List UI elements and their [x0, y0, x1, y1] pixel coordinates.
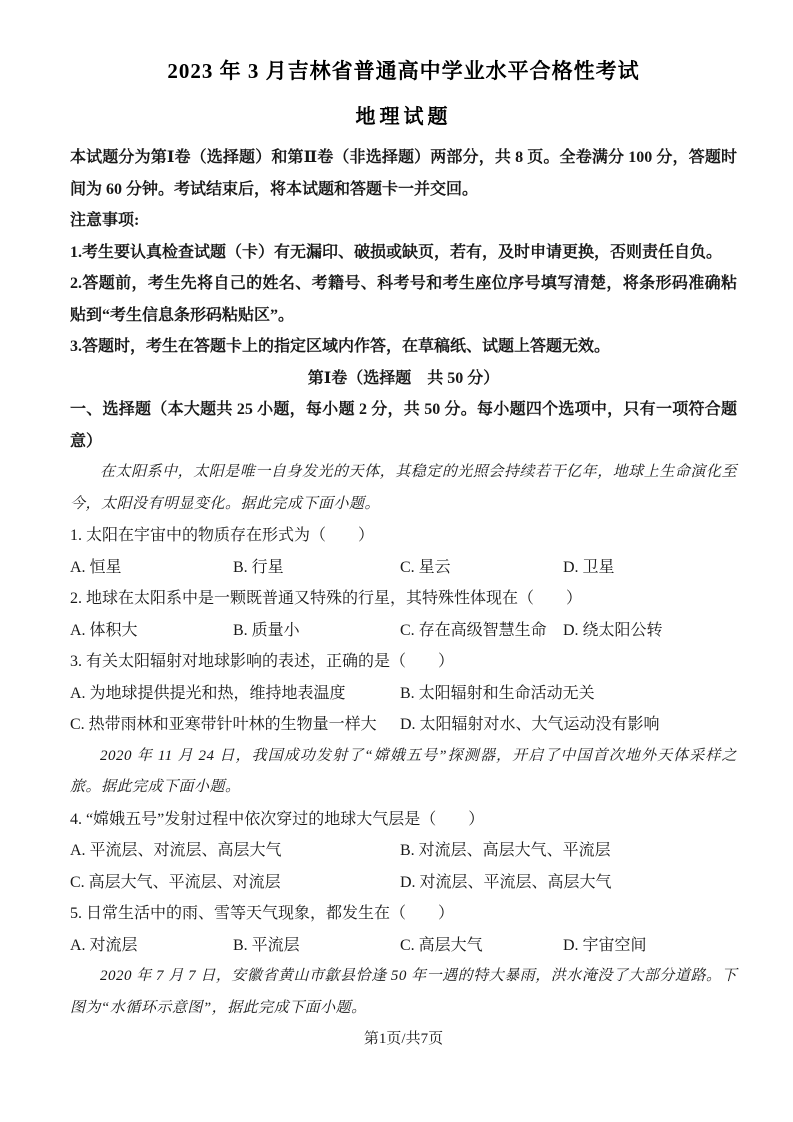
notice-item-1: 1.考生要认真检查试题（卡）有无漏印、破损或缺页，若有，及时申请更换，否则责任自… [70, 237, 737, 269]
notice-heading: 注意事项: [70, 205, 737, 237]
question-3-stem: 3. 有关太阳辐射对地球影响的表述，正确的是（ ） [70, 646, 737, 678]
question-4-options: A. 平流层、对流层、高层大气 B. 对流层、高层大气、平流层 C. 高层大气、… [70, 835, 737, 898]
notice-item-2: 2.答题前，考生先将自己的姓名、考籍号、科考号和考生座位序号填写清楚，将条形码准… [70, 268, 737, 331]
notice-item-3: 3.答题时，考生在答题卡上的指定区域内作答，在草稿纸、试题上答题无效。 [70, 331, 737, 363]
question-2-options: A. 体积大 B. 质量小 C. 存在高级智慧生命 D. 绕太阳公转 [70, 615, 737, 647]
option-b: B. 平流层 [233, 930, 400, 962]
option-b: B. 行星 [233, 552, 400, 584]
option-c: C. 热带雨林和亚寒带针叶林的生物量一样大 [70, 709, 400, 741]
page-footer: 第1页/共7页 [70, 1024, 737, 1056]
option-a: A. 体积大 [70, 615, 233, 647]
option-c: C. 星云 [400, 552, 563, 584]
question-2: 2. 地球在太阳系中是一颗既普通又特殊的行星，其特殊性体现在（ ） A. 体积大… [70, 583, 737, 646]
passage-flood: 2020 年 7 月 7 日，安徽省黄山市歙县恰逢 50 年一遇的特大暴雨，洪水… [70, 961, 737, 1024]
question-5: 5. 日常生活中的雨、雪等天气现象，都发生在（ ） A. 对流层 B. 平流层 … [70, 898, 737, 961]
option-a: A. 平流层、对流层、高层大气 [70, 835, 400, 867]
doc-title: 2023 年 3 月吉林省普通高中学业水平合格性考试 [70, 56, 737, 86]
option-c: C. 高层大气 [400, 930, 563, 962]
question-3: 3. 有关太阳辐射对地球影响的表述，正确的是（ ） A. 为地球提供提光和热，维… [70, 646, 737, 741]
option-b: B. 对流层、高层大气、平流层 [400, 835, 737, 867]
option-d: D. 宇宙空间 [563, 930, 737, 962]
exam-paper-page: 2023 年 3 月吉林省普通高中学业水平合格性考试 地理试题 本试题分为第Ⅰ卷… [0, 0, 793, 1122]
doc-subtitle: 地理试题 [70, 102, 737, 132]
option-b: B. 太阳辐射和生命活动无关 [400, 678, 737, 710]
question-1: 1. 太阳在宇宙中的物质存在形式为（ ） A. 恒星 B. 行星 C. 星云 D… [70, 520, 737, 583]
intro-paragraph: 本试题分为第Ⅰ卷（选择题）和第Ⅱ卷（非选择题）两部分，共 8 页。全卷满分 10… [70, 142, 737, 205]
section-desc: 一、选择题（本大题共 25 小题，每小题 2 分，共 50 分。每小题四个选项中… [70, 394, 737, 457]
question-4: 4. “嫦娥五号”发射过程中依次穿过的地球大气层是（ ） A. 平流层、对流层、… [70, 804, 737, 899]
option-a: A. 为地球提供提光和热，维持地表温度 [70, 678, 400, 710]
question-1-options: A. 恒星 B. 行星 C. 星云 D. 卫星 [70, 552, 737, 584]
option-d: D. 太阳辐射对水、大气运动没有影响 [400, 709, 737, 741]
option-d: D. 绕太阳公转 [563, 615, 737, 647]
option-b: B. 质量小 [233, 615, 400, 647]
section-heading: 第Ⅰ卷（选择题 共 50 分） [70, 363, 737, 395]
option-c: C. 高层大气、平流层、对流层 [70, 867, 400, 899]
question-2-stem: 2. 地球在太阳系中是一颗既普通又特殊的行星，其特殊性体现在（ ） [70, 583, 737, 615]
passage-sun: 在太阳系中，太阳是唯一自身发光的天体，其稳定的光照会持续若干亿年，地球上生命演化… [70, 457, 737, 520]
question-5-stem: 5. 日常生活中的雨、雪等天气现象，都发生在（ ） [70, 898, 737, 930]
option-c: C. 存在高级智慧生命 [400, 615, 563, 647]
question-5-options: A. 对流层 B. 平流层 C. 高层大气 D. 宇宙空间 [70, 930, 737, 962]
option-d: D. 卫星 [563, 552, 737, 584]
option-d: D. 对流层、平流层、高层大气 [400, 867, 737, 899]
question-4-stem: 4. “嫦娥五号”发射过程中依次穿过的地球大气层是（ ） [70, 804, 737, 836]
question-3-options: A. 为地球提供提光和热，维持地表温度 B. 太阳辐射和生命活动无关 C. 热带… [70, 678, 737, 741]
question-1-stem: 1. 太阳在宇宙中的物质存在形式为（ ） [70, 520, 737, 552]
option-a: A. 对流层 [70, 930, 233, 962]
passage-change5: 2020 年 11 月 24 日，我国成功发射了“嫦娥五号”探测器，开启了中国首… [70, 741, 737, 804]
option-a: A. 恒星 [70, 552, 233, 584]
